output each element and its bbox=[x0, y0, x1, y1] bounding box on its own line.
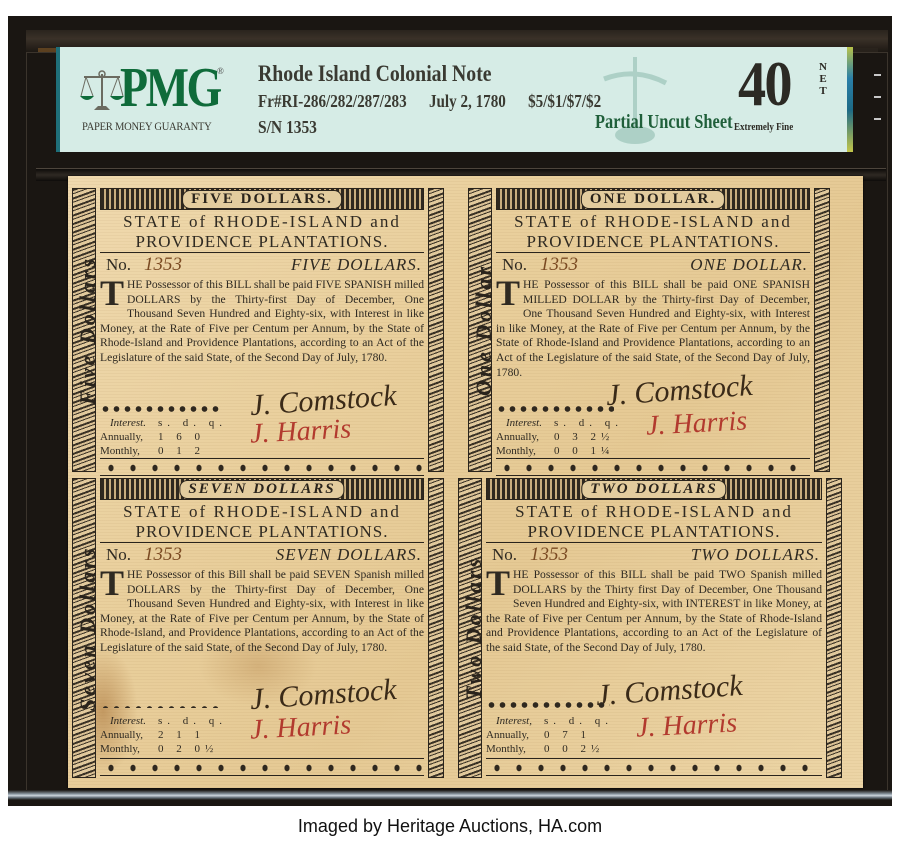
denomination-banner: TWO DOLLARS bbox=[486, 478, 822, 500]
interest-units: s. d. q. bbox=[158, 714, 218, 728]
body-text: HE Possessor of this Bill shall be paid … bbox=[100, 568, 424, 654]
denomination-text: TWO DOLLARS. bbox=[691, 545, 820, 565]
registered-mark-icon: ® bbox=[217, 66, 224, 76]
label-comment: Partial Uncut Sheet bbox=[595, 111, 733, 134]
note-right-border bbox=[428, 188, 444, 472]
holder-bottom-edge bbox=[8, 790, 892, 800]
denomination-text: ONE DOLLAR. bbox=[690, 255, 808, 275]
denomination-banner: ONE DOLLAR. bbox=[496, 188, 810, 210]
net-letter: E bbox=[818, 73, 828, 85]
note-body: THE Possessor of this Bill shall be paid… bbox=[100, 568, 424, 656]
issue-date: July 2, 1780 bbox=[429, 91, 506, 111]
drop-cap: T bbox=[100, 278, 124, 308]
interest-units: s. d. q. bbox=[544, 714, 604, 728]
interest-row-value: 0 3 2½ bbox=[554, 430, 614, 444]
ornament-row bbox=[486, 700, 610, 710]
handwritten-serial: 1353 bbox=[144, 544, 182, 566]
number-line: No. 1353 FIVE DOLLARS. bbox=[106, 255, 422, 275]
net-letter: N bbox=[818, 61, 828, 73]
state-line1: STATE of RHODE-ISLAND and bbox=[100, 502, 424, 522]
interest-row-label: Annually, bbox=[496, 430, 554, 444]
interest-row-label: Monthly, bbox=[100, 742, 158, 756]
no-label: No. bbox=[502, 255, 527, 275]
signature-harris: J. Harris bbox=[249, 709, 352, 746]
denomination-text: FIVE DOLLARS. bbox=[291, 255, 422, 275]
interest-row-value: 0 0 1¼ bbox=[554, 444, 614, 458]
interest-row-label: Monthly, bbox=[496, 444, 554, 458]
denominations: $5/$1/$7/$2 bbox=[528, 91, 601, 111]
grade-description: Extremely Fine bbox=[734, 121, 793, 133]
denomination-banner: FIVE DOLLARS. bbox=[100, 188, 424, 210]
note-left-border: Seven Dollars bbox=[72, 478, 96, 778]
pmg-wordmark: PMG bbox=[120, 58, 220, 118]
interest-row-value: 0 0 2½ bbox=[544, 742, 604, 756]
signature-harris: J. Harris bbox=[635, 707, 738, 744]
pmg-grading-label: PMG ® PAPER MONEY GUARANTY Rhode Island … bbox=[56, 47, 853, 152]
note-left-border: Five Dollars bbox=[72, 188, 96, 472]
state-heading: STATE of RHODE-ISLAND and PROVIDENCE PLA… bbox=[100, 502, 424, 543]
note-left-border: Two Dollars bbox=[458, 478, 482, 778]
interest-row-value: 0 1 2 bbox=[158, 444, 218, 458]
uncut-sheet: Five Dollars FIVE DOLLARS. STATE of RHOD… bbox=[68, 176, 863, 788]
note-right-border bbox=[814, 188, 830, 472]
state-line1: STATE of RHODE-ISLAND and bbox=[496, 212, 810, 232]
bottom-ornament bbox=[486, 758, 822, 776]
signature-harris: J. Harris bbox=[249, 413, 352, 450]
banner-text: TWO DOLLARS bbox=[581, 480, 726, 499]
holder-tick bbox=[874, 74, 881, 76]
state-heading: STATE of RHODE-ISLAND and PROVIDENCE PLA… bbox=[496, 212, 810, 253]
note-left-border: One Dollar bbox=[468, 188, 492, 472]
no-label: No. bbox=[106, 255, 131, 275]
interest-table: Interest.s. d. q. Annually,2 1 1 Monthly… bbox=[100, 714, 218, 756]
pmg-logo: PMG ® bbox=[80, 64, 220, 114]
drop-cap: T bbox=[486, 568, 510, 598]
interest-row-label: Monthly, bbox=[486, 742, 544, 756]
note-five-dollars: Five Dollars FIVE DOLLARS. STATE of RHOD… bbox=[72, 188, 444, 472]
note-details: Fr#RI-286/282/287/283 July 2, 1780 $5/$1… bbox=[258, 91, 620, 112]
interest-row-value: 1 6 0 bbox=[158, 430, 218, 444]
holder-tick bbox=[874, 118, 881, 120]
denomination-text: SEVEN DOLLARS. bbox=[276, 545, 422, 565]
interest-row-label: Annually, bbox=[100, 728, 158, 742]
drop-cap: T bbox=[100, 568, 124, 598]
body-text: HE Possessor of this BILL shall be paid … bbox=[100, 278, 424, 364]
body-text: HE Possessor of this BILL shall be paid … bbox=[496, 278, 810, 379]
ornament-row bbox=[100, 404, 220, 414]
handwritten-serial: 1353 bbox=[530, 544, 568, 566]
handwritten-serial: 1353 bbox=[540, 254, 578, 276]
number-line: No. 1353 ONE DOLLAR. bbox=[502, 255, 808, 275]
banner-text: ONE DOLLAR. bbox=[581, 190, 725, 209]
note-two-dollars: Two Dollars TWO DOLLARS STATE of RHODE-I… bbox=[458, 478, 842, 778]
bottom-ornament bbox=[100, 758, 424, 776]
state-line2: PROVIDENCE PLANTATIONS. bbox=[486, 522, 822, 542]
handwritten-serial: 1353 bbox=[144, 254, 182, 276]
state-heading: STATE of RHODE-ISLAND and PROVIDENCE PLA… bbox=[486, 502, 822, 543]
note-body: THE Possessor of this BILL shall be paid… bbox=[496, 278, 810, 380]
interest-header: Interest. bbox=[100, 714, 158, 728]
body-text: HE Possessor of this BILL shall be paid … bbox=[486, 568, 822, 654]
side-text: Seven Dollars bbox=[75, 499, 95, 757]
number-line: No. 1353 TWO DOLLARS. bbox=[492, 545, 820, 565]
interest-table: Interest,s. d. q. Annually,0 7 1 Monthly… bbox=[486, 714, 604, 756]
image-credit: Imaged by Heritage Auctions, HA.com bbox=[0, 816, 900, 837]
holder-tick bbox=[874, 96, 881, 98]
no-label: No. bbox=[492, 545, 517, 565]
side-text: Two Dollars bbox=[461, 499, 481, 757]
net-designation: N E T bbox=[818, 61, 828, 97]
side-text: Five Dollars bbox=[75, 209, 95, 451]
interest-row-label: Annually, bbox=[100, 430, 158, 444]
ornament-row bbox=[100, 704, 218, 708]
interest-header: Interest. bbox=[100, 416, 158, 430]
drop-cap: T bbox=[496, 278, 520, 308]
banner-text: FIVE DOLLARS. bbox=[182, 190, 342, 209]
ornament-row bbox=[496, 404, 614, 414]
note-right-border bbox=[826, 478, 842, 778]
interest-table: Interest.s. d. q. Annually,0 3 2½ Monthl… bbox=[496, 416, 614, 458]
state-line1: STATE of RHODE-ISLAND and bbox=[486, 502, 822, 522]
note-body: THE Possessor of this BILL shall be paid… bbox=[486, 568, 822, 656]
interest-row-value: 2 1 1 bbox=[158, 728, 218, 742]
bottom-ornament bbox=[496, 458, 810, 476]
interest-row-value: 0 2 0½ bbox=[158, 742, 218, 756]
interest-header: Interest, bbox=[486, 714, 544, 728]
scales-of-justice-icon bbox=[80, 68, 124, 112]
number-line: No. 1353 SEVEN DOLLARS. bbox=[106, 545, 422, 565]
net-letter: T bbox=[818, 85, 828, 97]
state-line2: PROVIDENCE PLANTATIONS. bbox=[496, 232, 810, 252]
state-line1: STATE of RHODE-ISLAND and bbox=[100, 212, 424, 232]
interest-units: s. d. q. bbox=[158, 416, 218, 430]
note-right-border bbox=[428, 478, 444, 778]
interest-header: Interest. bbox=[496, 416, 554, 430]
denomination-banner: SEVEN DOLLARS bbox=[100, 478, 424, 500]
interest-units: s. d. q. bbox=[554, 416, 614, 430]
note-title: Rhode Island Colonial Note bbox=[258, 61, 492, 87]
catalog-number: Fr#RI-286/282/287/283 bbox=[258, 91, 407, 111]
pmg-tagline: PAPER MONEY GUARANTY bbox=[82, 119, 211, 134]
side-text: One Dollar bbox=[471, 209, 491, 451]
state-line2: PROVIDENCE PLANTATIONS. bbox=[100, 232, 424, 252]
grade-number: 40 bbox=[738, 49, 791, 119]
signature-comstock: J. Comstock bbox=[595, 669, 744, 713]
interest-row-label: Annually, bbox=[486, 728, 544, 742]
interest-row-label: Monthly, bbox=[100, 444, 158, 458]
interest-row-value: 0 7 1 bbox=[544, 728, 604, 742]
no-label: No. bbox=[106, 545, 131, 565]
banner-text: SEVEN DOLLARS bbox=[179, 480, 344, 499]
state-line2: PROVIDENCE PLANTATIONS. bbox=[100, 522, 424, 542]
bottom-ornament bbox=[100, 458, 424, 476]
note-seven-dollars: Seven Dollars SEVEN DOLLARS STATE of RHO… bbox=[72, 478, 444, 778]
note-body: THE Possessor of this BILL shall be paid… bbox=[100, 278, 424, 366]
signature-harris: J. Harris bbox=[645, 405, 748, 442]
interest-table: Interest.s. d. q. Annually,1 6 0 Monthly… bbox=[100, 416, 218, 458]
state-heading: STATE of RHODE-ISLAND and PROVIDENCE PLA… bbox=[100, 212, 424, 253]
note-one-dollar: One Dollar ONE DOLLAR. STATE of RHODE-IS… bbox=[468, 188, 830, 472]
serial-number: S/N 1353 bbox=[258, 117, 317, 138]
